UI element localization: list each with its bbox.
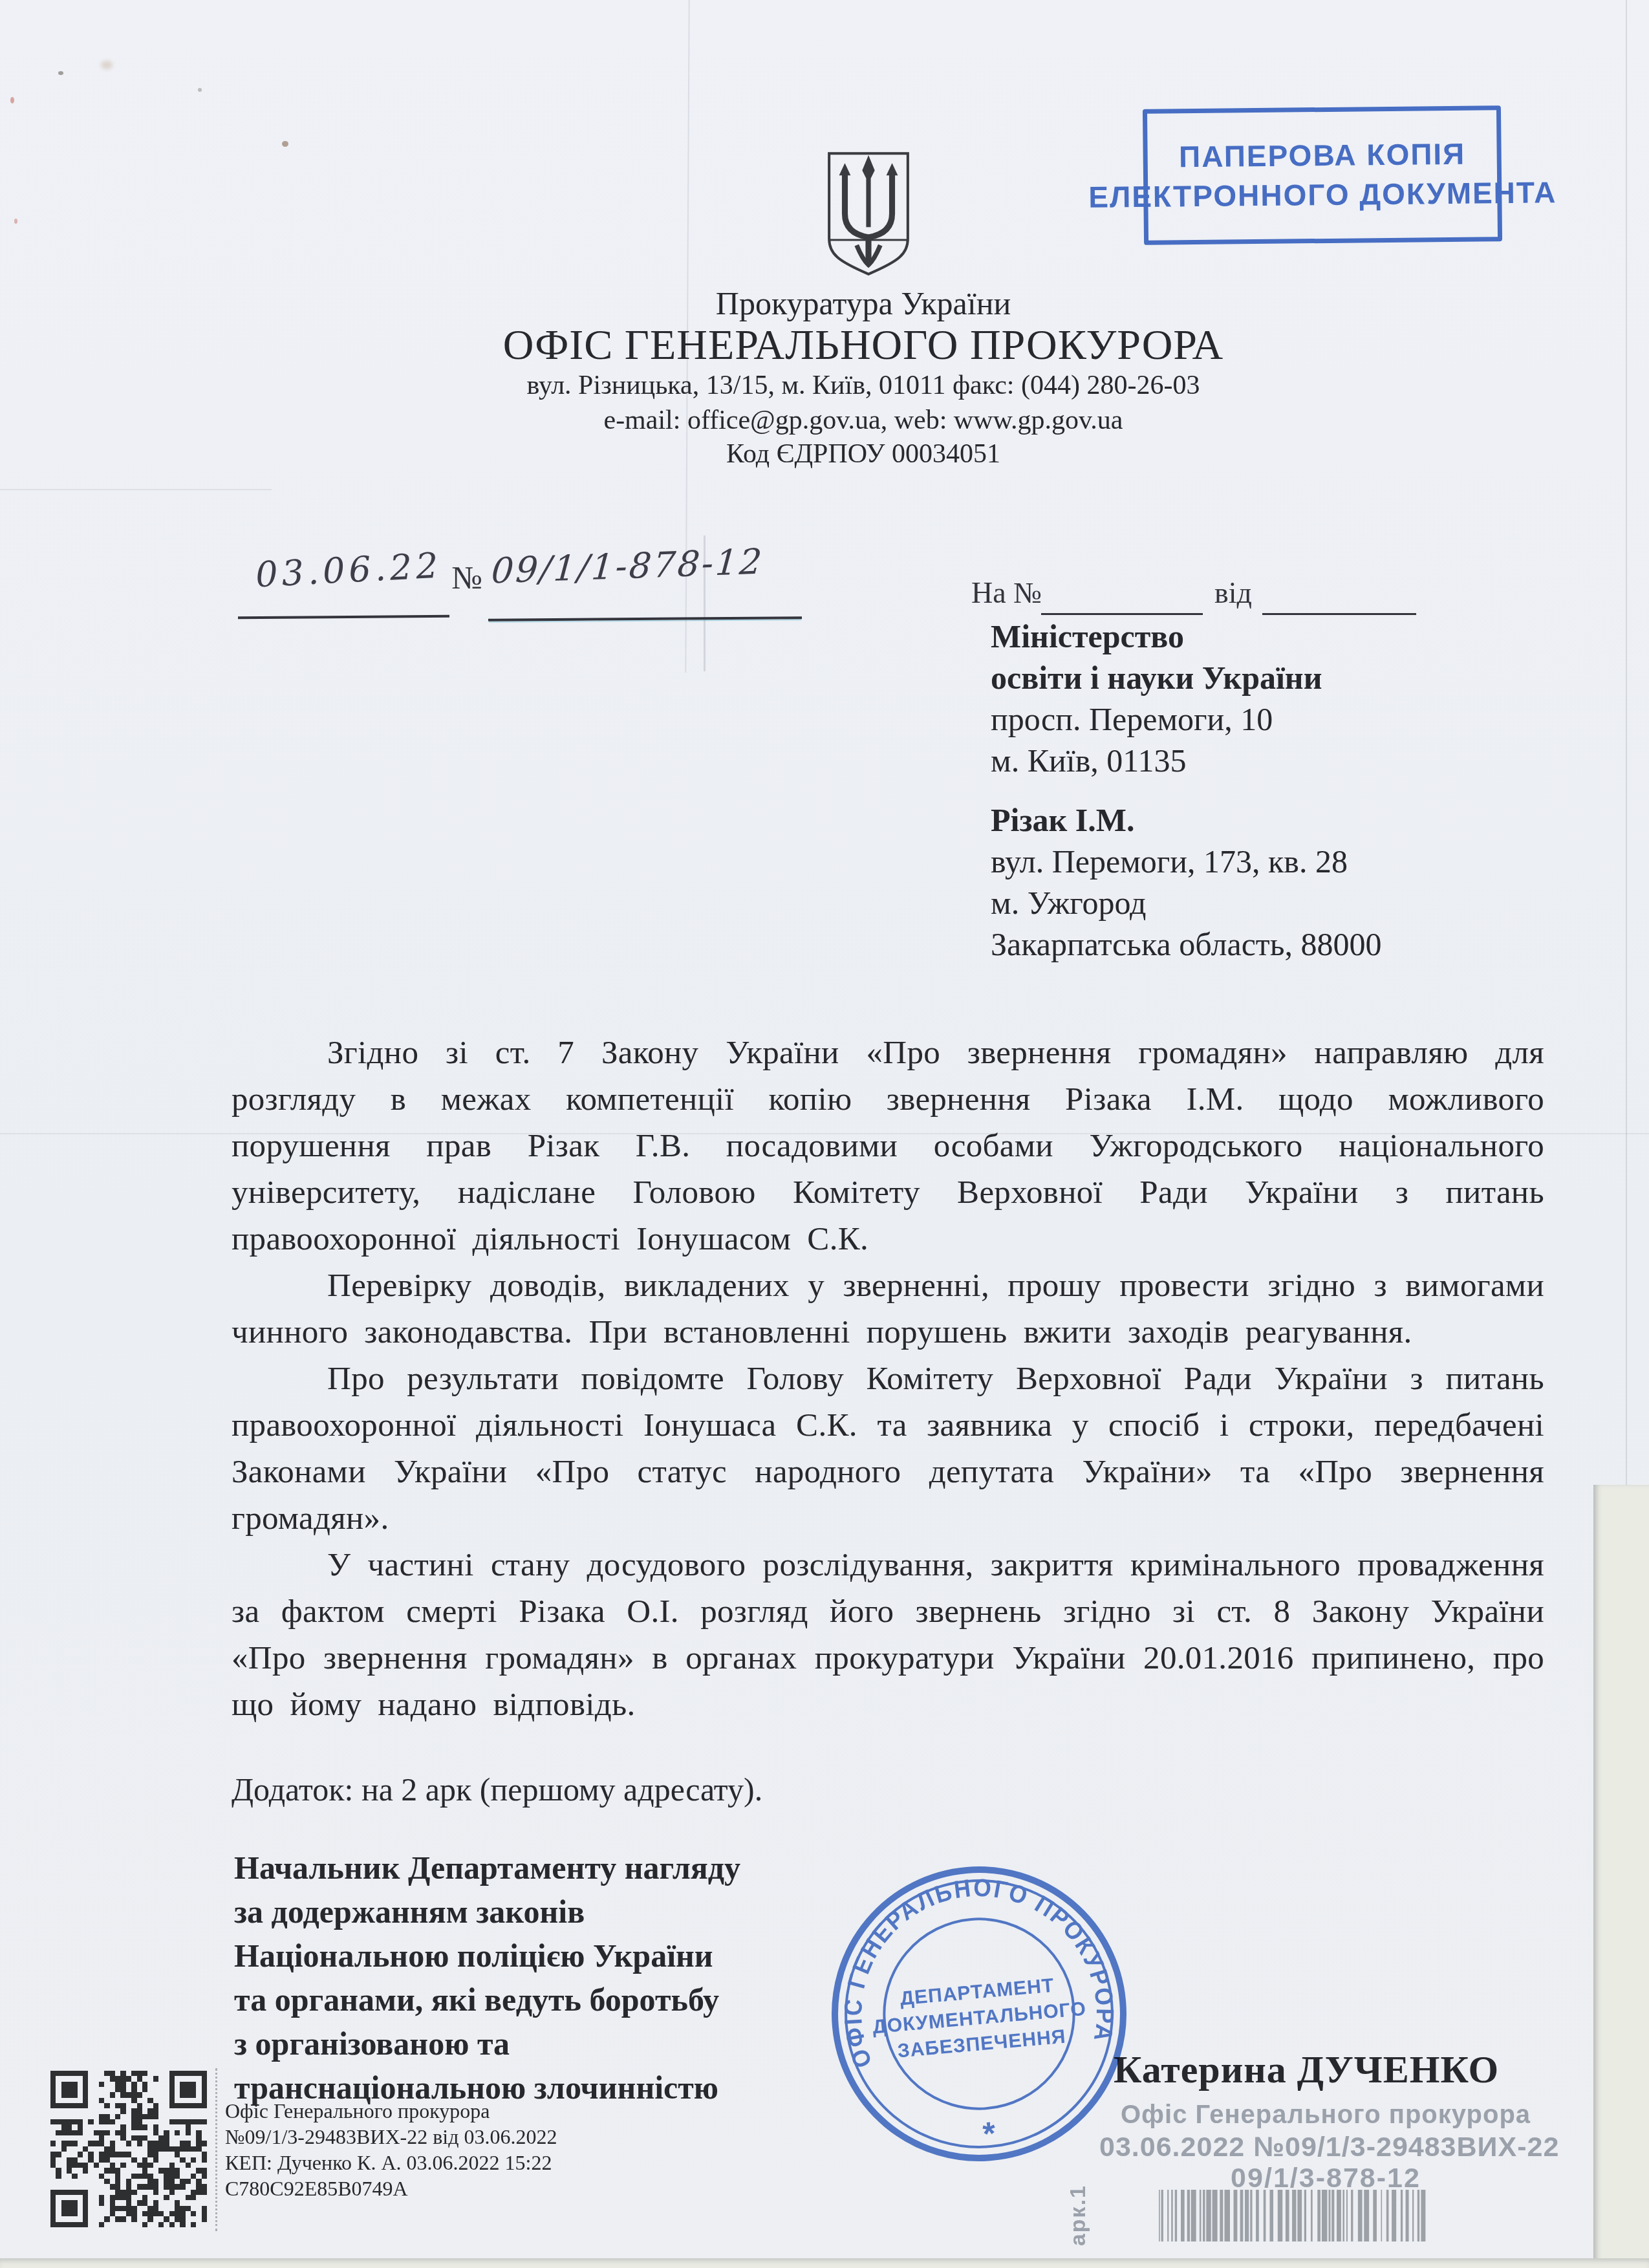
recipient-name-line: Різак І.М. bbox=[991, 799, 1382, 841]
letterhead-contacts: e-mail: office@gp.gov.ua, web: www.gp.go… bbox=[603, 405, 1123, 436]
recipient-address-line: просп. Перемоги, 10 bbox=[991, 698, 1322, 740]
signer-position: Начальник Департаменту нагляду за додерж… bbox=[234, 1846, 740, 2110]
signer-position-line: Начальник Департаменту нагляду bbox=[234, 1846, 740, 1890]
letterhead-office-name: ОФІС ГЕНЕРАЛЬНОГО ПРОКУРОРА bbox=[503, 321, 1224, 370]
seal-bottom-asterisk: * bbox=[982, 2115, 998, 2152]
incoming-no-label: На № bbox=[971, 576, 1042, 610]
recipient-address-line: вул. Перемоги, 173, кв. 28 bbox=[991, 841, 1382, 882]
letterhead-authority: Прокуратура України bbox=[716, 285, 1011, 322]
scanner-background-bottom bbox=[0, 2258, 1649, 2268]
signer-position-line: Національною поліцією України bbox=[234, 1934, 740, 1978]
signer-position-line: з організованою та bbox=[234, 2022, 740, 2066]
signature-info-block: Офіс Генерального прокурора №09/1/3-2948… bbox=[225, 2098, 557, 2201]
round-seal-stamp: ОФІС ГЕНЕРАЛЬНОГО ПРОКУРОРА ДЕПАРТАМЕНТ … bbox=[817, 1852, 1141, 2176]
letterhead-edrpou: Код ЄДРПОУ 00034051 bbox=[726, 438, 1000, 470]
sheet-number-label: арк.1 bbox=[1066, 2185, 1091, 2246]
paper-speck bbox=[10, 97, 14, 103]
scanned-letter-page: ПАПЕРОВА КОПІЯ ЕЛЕКТРОННОГО ДОКУМЕНТА Пр… bbox=[0, 0, 1649, 2268]
number-sign: № bbox=[451, 559, 482, 596]
registration-stamp-org: Офіс Генерального прокурора bbox=[1099, 2101, 1552, 2130]
scanner-background-right bbox=[1593, 1485, 1649, 2268]
fold-crease bbox=[0, 489, 272, 490]
body-paragraph: Перевірку доводів, викладених у зверненн… bbox=[232, 1262, 1544, 1355]
signature-info-line: КЕП: Дученко К. А. 03.06.2022 15:22 bbox=[225, 2150, 557, 2176]
paper-speck bbox=[58, 71, 63, 75]
paper-speck bbox=[198, 88, 202, 92]
recipient-address-line: Закарпатська область, 88000 bbox=[991, 923, 1382, 965]
date-underline bbox=[238, 615, 449, 619]
handwritten-outgoing-number: 09/1/1-878-12 bbox=[490, 541, 765, 592]
recipient-block: Різак І.М. вул. Перемоги, 173, кв. 28 м.… bbox=[991, 799, 1382, 965]
paper-speck bbox=[101, 61, 113, 69]
recipient-block: Міністерство освіти і науки України прос… bbox=[991, 616, 1322, 781]
body-paragraph: Про результати повідомте Голову Комітету… bbox=[232, 1355, 1544, 1542]
letterhead-address: вул. Різницька, 13/15, м. Київ, 01011 фа… bbox=[527, 370, 1200, 401]
recipient-name-line: освіти і науки України bbox=[991, 657, 1322, 698]
paper-speck bbox=[14, 219, 17, 224]
barcode bbox=[1159, 2190, 1427, 2241]
letter-body: Згідно зі ст. 7 Закону України «Про звер… bbox=[232, 1030, 1544, 1728]
qr-code bbox=[50, 2071, 207, 2227]
signature-info-line: Офіс Генерального прокурора bbox=[225, 2098, 557, 2124]
signer-position-line: за додержанням законів bbox=[234, 1890, 740, 1934]
attachment-note: Додаток: на 2 арк (першому адресату). bbox=[232, 1771, 762, 1808]
recipient-address-line: м. Ужгород bbox=[991, 882, 1382, 923]
incoming-from-blank bbox=[1262, 613, 1416, 615]
paper-copy-stamp-line2: ЕЛЕКТРОННОГО ДОКУМЕНТА bbox=[1088, 173, 1557, 217]
recipient-name-line: Міністерство bbox=[991, 616, 1322, 657]
signer-name: Катерина ДУЧЕНКО bbox=[1114, 2047, 1499, 2092]
signer-position-line: та органами, які ведуть боротьбу bbox=[234, 1978, 740, 2022]
handwritten-date: 03.06.22 bbox=[255, 545, 443, 595]
signature-info-line: №09/1/3-29483ВИХ-22 від 03.06.2022 bbox=[225, 2124, 557, 2150]
coat-of-arms-icon bbox=[823, 147, 914, 280]
paper-speck bbox=[282, 141, 288, 147]
signature-info-line: C780C92E85B0749A bbox=[225, 2176, 557, 2201]
body-paragraph: У частині стану досудового розслідування… bbox=[232, 1542, 1544, 1728]
incoming-from-label: від bbox=[1214, 576, 1252, 610]
paper-edge-line bbox=[1626, 0, 1627, 1485]
paper-copy-stamp-line1: ПАПЕРОВА КОПІЯ bbox=[1179, 135, 1466, 177]
incoming-no-blank bbox=[1041, 613, 1203, 615]
recipient-address-line: м. Київ, 01135 bbox=[991, 740, 1322, 781]
paper-copy-stamp: ПАПЕРОВА КОПІЯ ЕЛЕКТРОННОГО ДОКУМЕНТА bbox=[1143, 105, 1502, 245]
qr-dotted-divider bbox=[215, 2068, 217, 2231]
number-underline bbox=[488, 616, 802, 621]
body-paragraph: Згідно зі ст. 7 Закону України «Про звер… bbox=[232, 1030, 1544, 1262]
registration-stamp-number: 03.06.2022 №09/1/3-29483ВИХ-22 bbox=[1099, 2132, 1552, 2163]
